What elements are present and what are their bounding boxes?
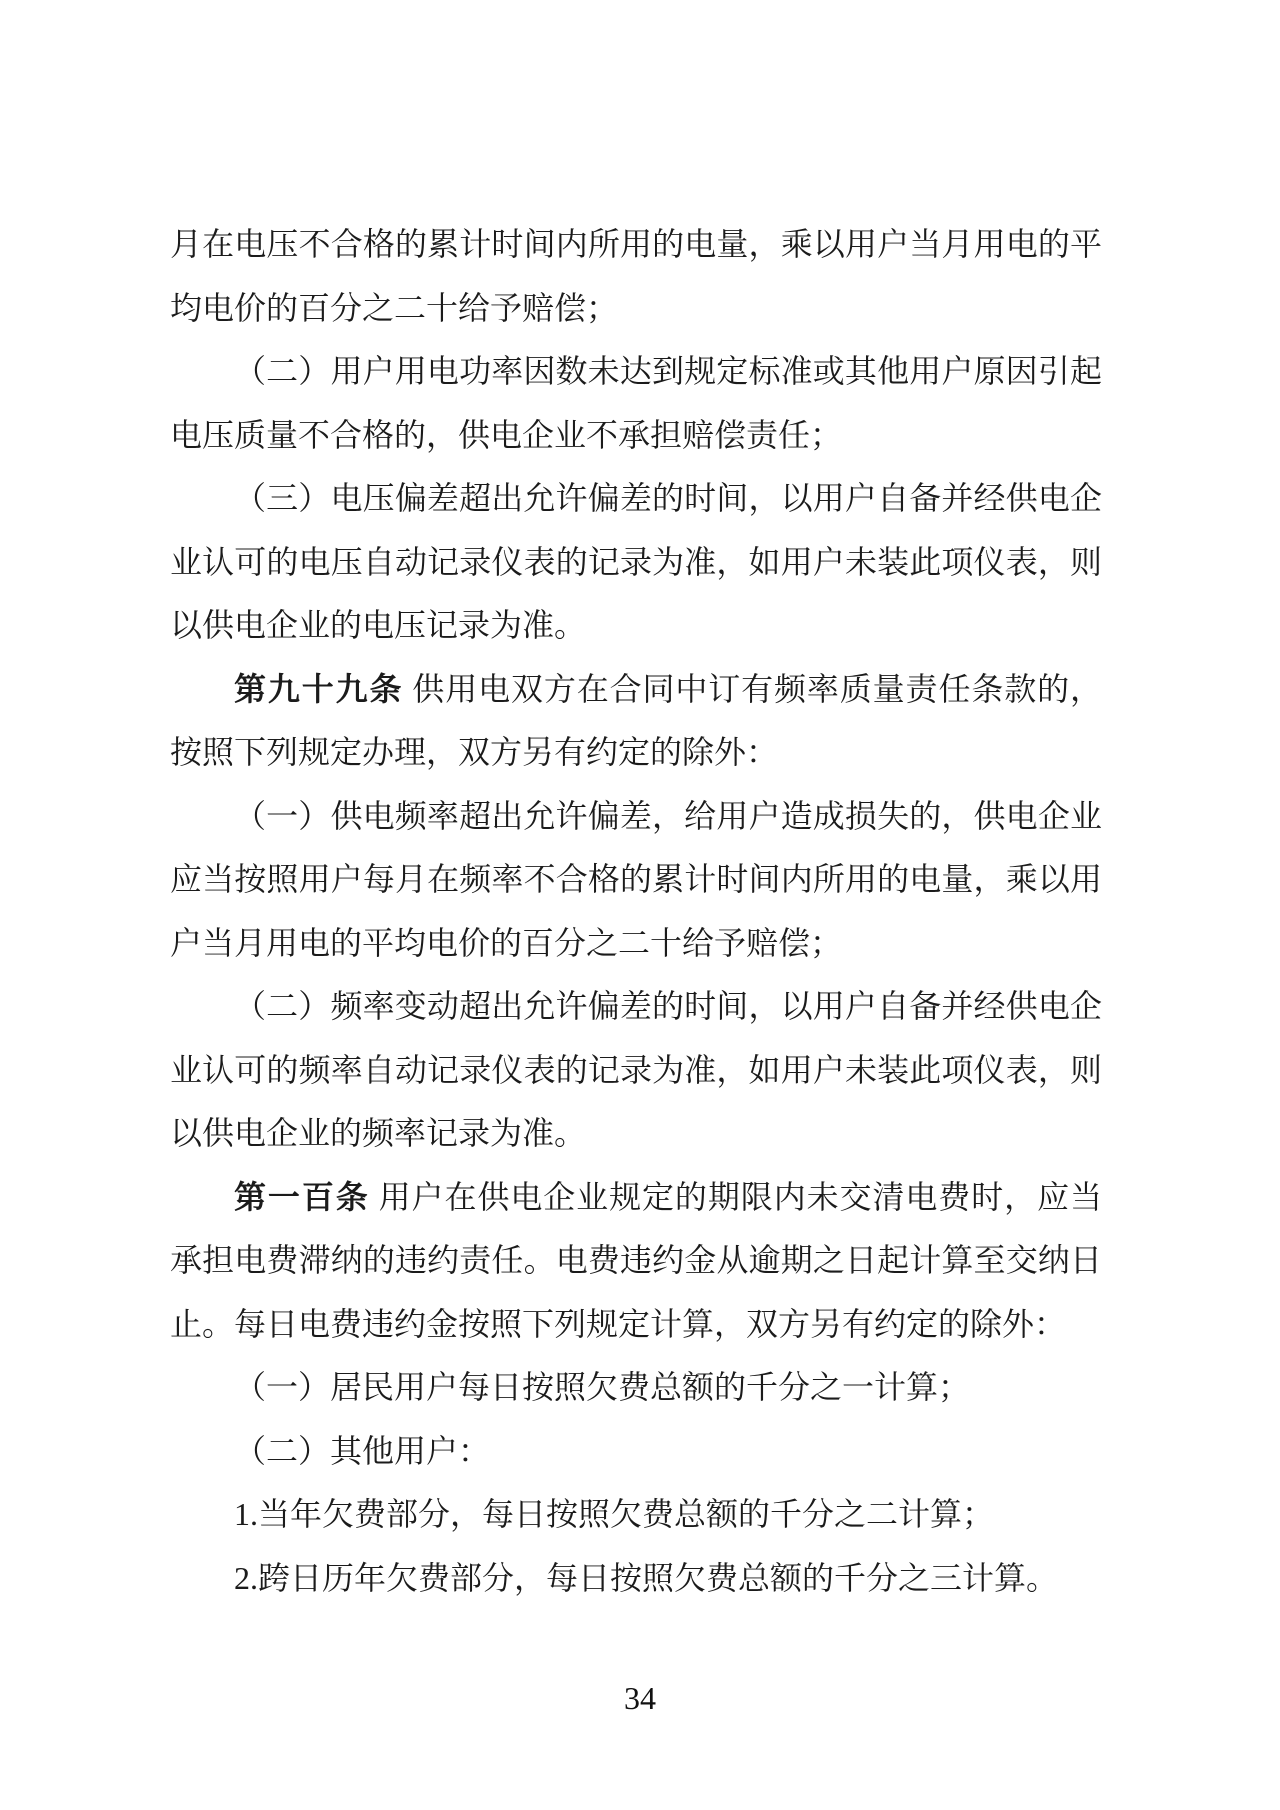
paragraph: （一）居民用户每日按照欠费总额的千分之一计算； [170, 1356, 1102, 1420]
paragraph: 月在电压不合格的累计时间内所用的电量，乘以用户当月用电的平均电价的百分之二十给予… [170, 213, 1102, 340]
document-text-block: 月在电压不合格的累计时间内所用的电量，乘以用户当月用电的平均电价的百分之二十给予… [170, 213, 1102, 1610]
paragraph: （三）电压偏差超出允许偏差的时间，以用户自备并经供电企业认可的电压自动记录仪表的… [170, 467, 1102, 658]
article-number-heading: 第九十九条 [234, 671, 403, 707]
document-page: { "document": { "page_number": "34", "pa… [0, 0, 1280, 1810]
paragraph: （二）频率变动超出允许偏差的时间，以用户自备并经供电企业认可的频率自动记录仪表的… [170, 975, 1102, 1166]
paragraph: （二）用户用电功率因数未达到规定标准或其他用户原因引起电压质量不合格的，供电企业… [170, 340, 1102, 467]
article-paragraph: 第一百条 用户在供电企业规定的期限内未交清电费时，应当承担电费滞纳的违约责任。电… [170, 1166, 1102, 1357]
page-number: 34 [0, 1680, 1280, 1717]
paragraph: （一）供电频率超出允许偏差，给用户造成损失的，供电企业应当按照用户每月在频率不合… [170, 785, 1102, 976]
article-number-heading: 第一百条 [234, 1179, 370, 1215]
article-paragraph: 第九十九条 供用电双方在合同中订有频率质量责任条款的，按照下列规定办理，双方另有… [170, 658, 1102, 785]
paragraph: 1.当年欠费部分，每日按照欠费总额的千分之二计算； [170, 1483, 1102, 1547]
paragraph: （二）其他用户： [170, 1420, 1102, 1484]
paragraph: 2.跨日历年欠费部分，每日按照欠费总额的千分之三计算。 [170, 1547, 1102, 1611]
document-sheet: 月在电压不合格的累计时间内所用的电量，乘以用户当月用电的平均电价的百分之二十给予… [0, 0, 1280, 1810]
